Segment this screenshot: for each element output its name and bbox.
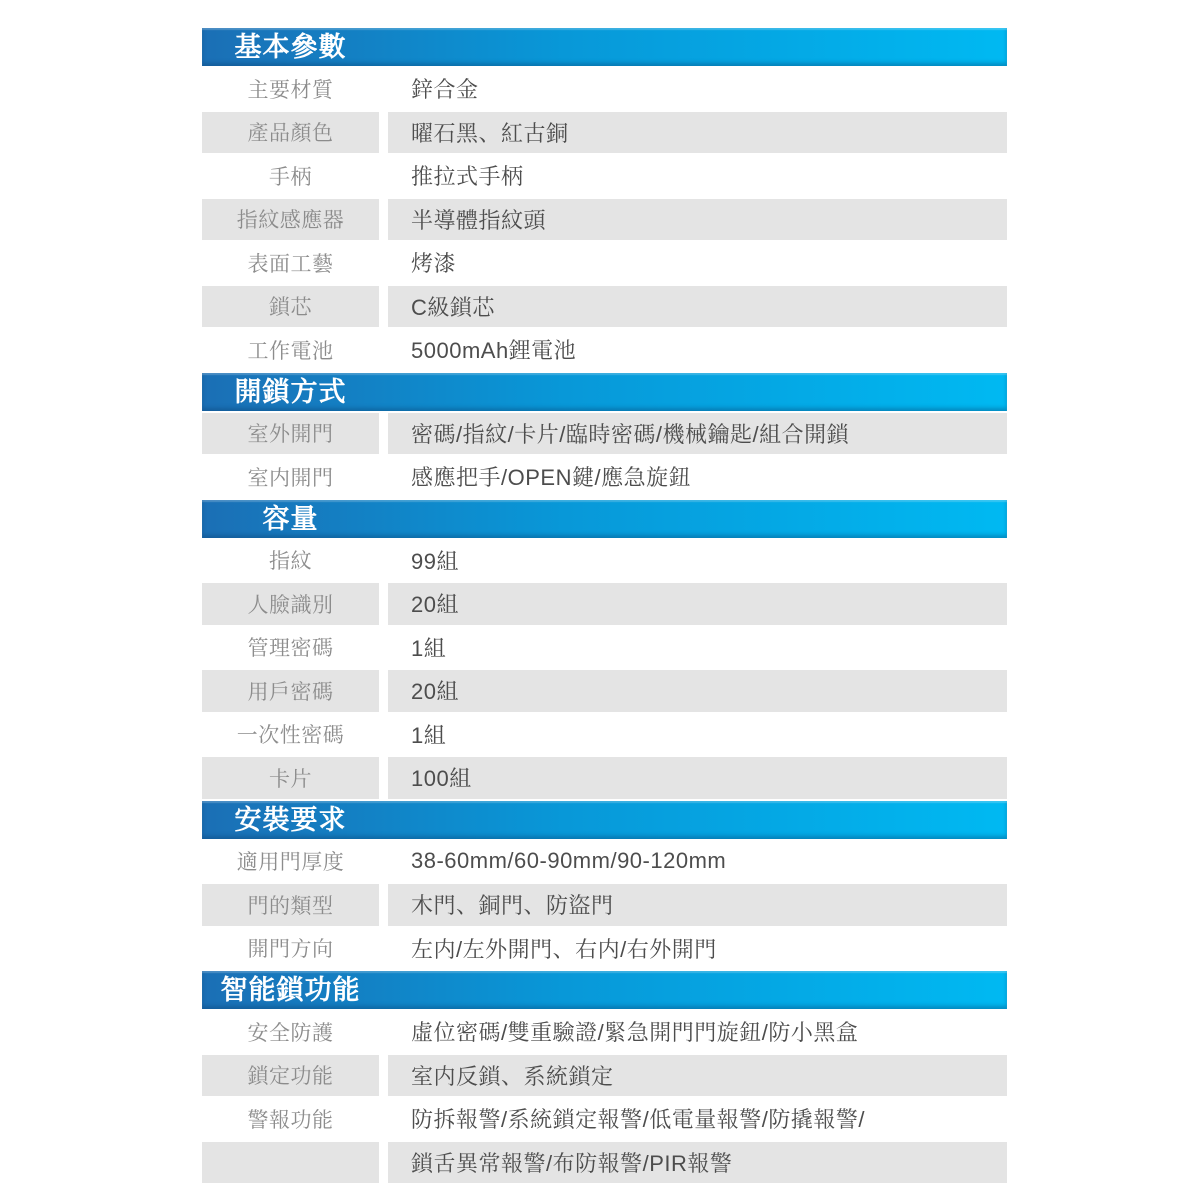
spec-row-value: 鎖舌異常報警/布防報警/PIR報警 — [388, 1142, 1007, 1184]
spec-row: 室内開門 感應把手/OPEN鍵/應急旋鈕 — [202, 456, 1007, 498]
spec-row: 主要材質 鋅合金 — [202, 68, 1007, 110]
section-rows: 適用門厚度 38-60mm/60-90mm/90-120mm 門的類型 木門、銅… — [202, 841, 1007, 970]
section-rows: 主要材質 鋅合金 產品顏色 曜石黑、紅古銅 手柄 推拉式手柄 指紋感應器 半導體… — [202, 68, 1007, 371]
spec-row: 用戶密碼 20組 — [202, 670, 1007, 712]
spec-row: 人臉識別 20組 — [202, 583, 1007, 625]
spec-row-label: 指紋 — [202, 540, 379, 582]
spec-section: 開鎖方式 室外開門 密碼/指紋/卡片/臨時密碼/機械鑰匙/組合開鎖 室内開門 感… — [202, 373, 1007, 498]
spec-section: 智能鎖功能 安全防護 虛位密碼/雙重驗證/緊急開門門旋鈕/防小黑盒 鎖定功能 室… — [202, 971, 1007, 1183]
spec-row-label: 卡片 — [202, 757, 379, 799]
spec-row-label: 安全防護 — [202, 1011, 379, 1053]
spec-row-value: 20組 — [388, 670, 1007, 712]
spec-row-label: 手柄 — [202, 155, 379, 197]
spec-row: 手柄 推拉式手柄 — [202, 155, 1007, 197]
section-title: 開鎖方式 — [202, 373, 379, 411]
spec-section: 安裝要求 適用門厚度 38-60mm/60-90mm/90-120mm 門的類型… — [202, 801, 1007, 970]
spec-row: 產品顏色 曜石黑、紅古銅 — [202, 112, 1007, 154]
spec-row-label: 表面工藝 — [202, 242, 379, 284]
spec-row: 適用門厚度 38-60mm/60-90mm/90-120mm — [202, 841, 1007, 883]
spec-row: 開門方向 左内/左外開門、右内/右外開門 — [202, 928, 1007, 970]
section-title: 基本參數 — [202, 28, 379, 66]
spec-row: 一次性密碼 1組 — [202, 714, 1007, 756]
spec-row-value: 防拆報警/系統鎖定報警/低電量報警/防撬報警/ — [388, 1098, 1007, 1140]
section-rows: 室外開門 密碼/指紋/卡片/臨時密碼/機械鑰匙/組合開鎖 室内開門 感應把手/O… — [202, 413, 1007, 498]
spec-row-value: 1組 — [388, 714, 1007, 756]
spec-row-value: 100組 — [388, 757, 1007, 799]
spec-row-label: 一次性密碼 — [202, 714, 379, 756]
spec-row-value: 鋅合金 — [388, 68, 1007, 110]
spec-row: 鎖芯 C級鎖芯 — [202, 286, 1007, 328]
spec-row-value: 密碼/指紋/卡片/臨時密碼/機械鑰匙/組合開鎖 — [388, 413, 1007, 455]
section-header-bar: 智能鎖功能 — [202, 971, 1007, 1009]
product-spec-table: 基本參數 主要材質 鋅合金 產品顏色 曜石黑、紅古銅 手柄 推拉式手柄 指紋感應… — [202, 28, 1007, 1185]
spec-row: 指紋 99組 — [202, 540, 1007, 582]
section-rows: 指紋 99組 人臉識別 20組 管理密碼 1組 用戶密碼 20組 一次性密碼 1… — [202, 540, 1007, 799]
spec-row-label: 警報功能 — [202, 1098, 379, 1140]
section-header-bar: 基本參數 — [202, 28, 1007, 66]
spec-row: 指紋感應器 半導體指紋頭 — [202, 199, 1007, 241]
spec-row-value: 左内/左外開門、右内/右外開門 — [388, 928, 1007, 970]
spec-row-value: 曜石黑、紅古銅 — [388, 112, 1007, 154]
spec-row-value: C級鎖芯 — [388, 286, 1007, 328]
section-header-bar: 開鎖方式 — [202, 373, 1007, 411]
spec-row-value: 99組 — [388, 540, 1007, 582]
spec-row-value: 38-60mm/60-90mm/90-120mm — [388, 841, 1007, 883]
spec-row-value: 1組 — [388, 627, 1007, 669]
spec-row-label: 鎖定功能 — [202, 1055, 379, 1097]
spec-row-label: 開門方向 — [202, 928, 379, 970]
spec-row-label: 人臉識別 — [202, 583, 379, 625]
spec-row: 管理密碼 1組 — [202, 627, 1007, 669]
spec-row-value: 烤漆 — [388, 242, 1007, 284]
spec-row-label: 鎖芯 — [202, 286, 379, 328]
spec-row-value: 推拉式手柄 — [388, 155, 1007, 197]
spec-row-value: 室内反鎖、系統鎖定 — [388, 1055, 1007, 1097]
section-header-bar: 安裝要求 — [202, 801, 1007, 839]
spec-row: 表面工藝 烤漆 — [202, 242, 1007, 284]
spec-row-value: 20組 — [388, 583, 1007, 625]
spec-row: 工作電池 5000mAh鋰電池 — [202, 329, 1007, 371]
spec-row-value: 木門、銅門、防盜門 — [388, 884, 1007, 926]
spec-row: 鎖舌異常報警/布防報警/PIR報警 — [202, 1142, 1007, 1184]
spec-row-label — [202, 1142, 379, 1184]
spec-row-label: 適用門厚度 — [202, 841, 379, 883]
spec-row-value: 虛位密碼/雙重驗證/緊急開門門旋鈕/防小黑盒 — [388, 1011, 1007, 1053]
spec-row-value: 半導體指紋頭 — [388, 199, 1007, 241]
spec-row: 室外開門 密碼/指紋/卡片/臨時密碼/機械鑰匙/組合開鎖 — [202, 413, 1007, 455]
spec-row: 卡片 100組 — [202, 757, 1007, 799]
spec-section: 基本參數 主要材質 鋅合金 產品顏色 曜石黑、紅古銅 手柄 推拉式手柄 指紋感應… — [202, 28, 1007, 371]
section-title: 智能鎖功能 — [202, 971, 379, 1009]
spec-row-label: 管理密碼 — [202, 627, 379, 669]
spec-row: 門的類型 木門、銅門、防盜門 — [202, 884, 1007, 926]
spec-row-label: 產品顏色 — [202, 112, 379, 154]
spec-row-label: 門的類型 — [202, 884, 379, 926]
spec-row: 警報功能 防拆報警/系統鎖定報警/低電量報警/防撬報警/ — [202, 1098, 1007, 1140]
spec-row-label: 指紋感應器 — [202, 199, 379, 241]
spec-row-value: 5000mAh鋰電池 — [388, 329, 1007, 371]
spec-row-label: 工作電池 — [202, 329, 379, 371]
section-title: 容量 — [202, 500, 379, 538]
spec-row-label: 室内開門 — [202, 456, 379, 498]
spec-row-label: 主要材質 — [202, 68, 379, 110]
spec-row-label: 室外開門 — [202, 413, 379, 455]
spec-row-label: 用戶密碼 — [202, 670, 379, 712]
section-rows: 安全防護 虛位密碼/雙重驗證/緊急開門門旋鈕/防小黑盒 鎖定功能 室内反鎖、系統… — [202, 1011, 1007, 1183]
spec-row: 鎖定功能 室内反鎖、系統鎖定 — [202, 1055, 1007, 1097]
spec-row: 安全防護 虛位密碼/雙重驗證/緊急開門門旋鈕/防小黑盒 — [202, 1011, 1007, 1053]
spec-row-value: 感應把手/OPEN鍵/應急旋鈕 — [388, 456, 1007, 498]
section-title: 安裝要求 — [202, 801, 379, 839]
spec-section: 容量 指紋 99組 人臉識別 20組 管理密碼 1組 用戶密碼 20組 一次性密… — [202, 500, 1007, 799]
section-header-bar: 容量 — [202, 500, 1007, 538]
